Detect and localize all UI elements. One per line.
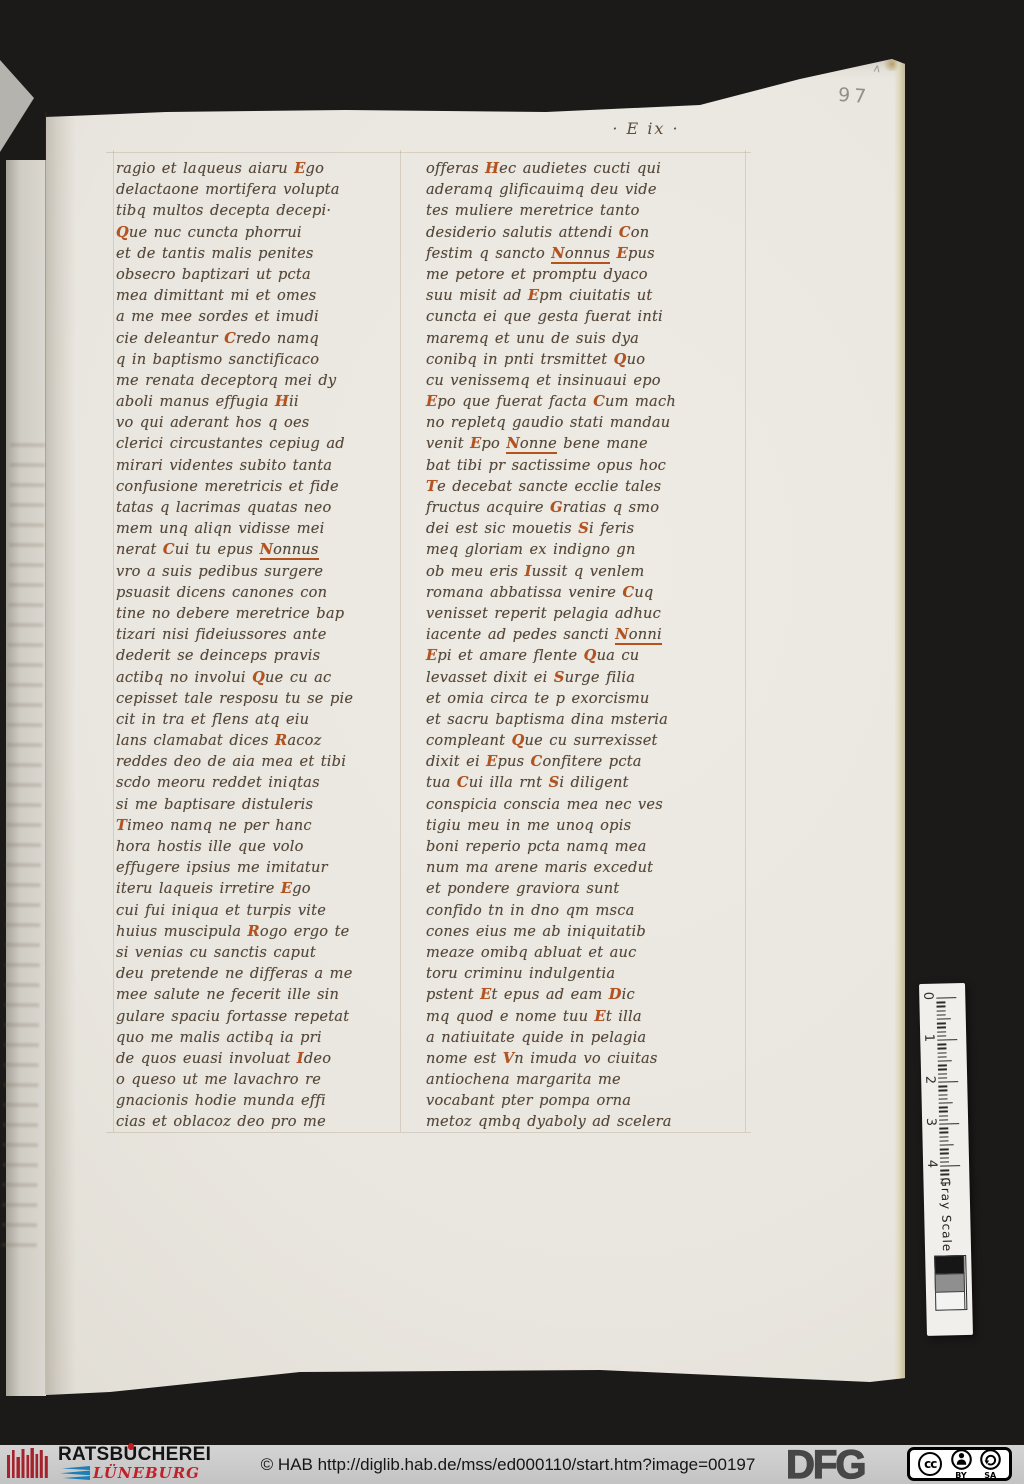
manuscript-text-line: si me baptisare distuleris [116, 794, 408, 815]
manuscript-text-line: nome est Vn imuda vo ciuitas [426, 1048, 718, 1069]
manuscript-text-line: nerat Cui tu epus Nonnus [116, 539, 408, 560]
ruler-tick [938, 1052, 947, 1054]
ruler-tick [940, 1161, 949, 1163]
ruler-numbers: 01234 [919, 983, 965, 984]
manuscript-text-line: iacente ad pedes sancti Nonni [426, 624, 718, 645]
manuscript-text-line: desiderio salutis attendi Con [426, 222, 718, 243]
ruling-line-top [106, 152, 751, 153]
manuscript-text-line: confusione meretricis et fide [116, 476, 408, 497]
quire-signature: · E ix · [516, 119, 776, 138]
manuscript-page: · E ix · 97 ʌ ragio et laqueus aiaru Ego… [46, 55, 905, 1395]
ruler-tick [939, 1132, 948, 1134]
manuscript-text-line: si venias cu sanctis caput [116, 942, 408, 963]
ruler-tick [938, 1077, 947, 1079]
ruler-tick [937, 1048, 946, 1050]
ruler-tick [940, 1165, 960, 1167]
ruler-tick [938, 1065, 947, 1067]
manuscript-text-line: mem unq aliqn vidisse mei [116, 518, 408, 539]
ruler-tick [939, 1119, 948, 1121]
manuscript-text-line: ob meu eris Iussit q venlem [426, 561, 718, 582]
manuscript-text-line: cias et oblacoz deo pro me [116, 1111, 408, 1132]
manuscript-text-line: venisset reperit pelagia adhuc [426, 603, 718, 624]
manuscript-text-line: et omia circa te p exorcismu [426, 688, 718, 709]
book-clamp-reflection [0, 56, 36, 156]
manuscript-text-line: boni reperio pcta namq mea [426, 836, 718, 857]
ruling-line-left [113, 150, 114, 1132]
manuscript-text-line: cuncta ei que gesta fuerat inti [426, 306, 718, 327]
ruler-tick [940, 1157, 949, 1159]
folio-number-pencil: 97 [837, 84, 871, 108]
ruler-tick [940, 1140, 949, 1142]
manuscript-text-line: a natiuitate quide in pelagia [426, 1027, 718, 1048]
manuscript-text-line: et pondere graviora sunt [426, 878, 718, 899]
manuscript-text-line: dei est sic mouetis Si feris [426, 518, 718, 539]
manuscript-text-line: clerici circustantes cepiug ad [116, 433, 408, 454]
manuscript-text-line: Timeo namq ne per hanc [116, 815, 408, 836]
manuscript-text-line: tibq multos decepta decepi· [116, 200, 408, 221]
gray-scale-patch [935, 1273, 965, 1293]
manuscript-text-line: ragio et laqueus aiaru Ego [116, 158, 408, 179]
manuscript-text-line: gnacionis hodie munda effi [116, 1090, 408, 1111]
manuscript-text-line: offeras Hec audietes cucti qui [426, 158, 718, 179]
manuscript-text-line: Epo que fuerat facta Cum mach [426, 391, 718, 412]
ruler-tick [937, 1010, 946, 1012]
ruler-number: 2 [923, 1076, 937, 1085]
manuscript-text-line: et sacru baptisma dina msteria [426, 709, 718, 730]
ruler-tick [938, 1090, 947, 1092]
ruler-tick [938, 1081, 958, 1083]
manuscript-text-line: meq gloriam ex indigno gn [426, 539, 718, 560]
manuscript-text-line: gulare spaciu fortasse repetat [116, 1006, 408, 1027]
manuscript-text-line: cepisset tale resposu tu se pie [116, 688, 408, 709]
ruler-tick [937, 1018, 951, 1020]
manuscript-text-line: tigiu meu in me unoq opis [426, 815, 718, 836]
by-label: BY [955, 1471, 966, 1480]
manuscript-text-line: tua Cui illa rnt Si diligent [426, 772, 718, 793]
manuscript-text-line: et de tantis malis penites [116, 243, 408, 264]
manuscript-text-line: bat tibi pr sactissime opus hoc [426, 455, 718, 476]
manuscript-text-line: compleant Que cu surrexisset [426, 730, 718, 751]
library-name: RATSBÜCHEREI [58, 1446, 211, 1464]
manuscript-text-line: hora hostis ille que volo [116, 836, 408, 857]
manuscript-text-line: conspicia conscia mea nec ves [426, 794, 718, 815]
manuscript-text-line: me renata deceptorq mei dy [116, 370, 408, 391]
manuscript-text-line: tine no debere meretrice bap [116, 603, 408, 624]
dfg-logo: DFG [786, 1443, 864, 1484]
ruler-tick [939, 1098, 948, 1100]
manuscript-text-line: obsecro baptizari ut pcta [116, 264, 408, 285]
ruler-tick [940, 1144, 954, 1146]
manuscript-text-line: tes muliere meretrice tanto [426, 200, 718, 221]
manuscript-text-line: delactaone mortifera volupta [116, 179, 408, 200]
cc-by-person-icon [951, 1449, 972, 1470]
gray-scale-label: Gray Scale [938, 1177, 954, 1252]
ruler-tick [937, 1023, 946, 1025]
manuscript-text-line: lans clamabat dices Racoz [116, 730, 408, 751]
manuscript-text-line: levasset dixit ei Surge filia [426, 667, 718, 688]
facing-page-bleed-through-text [2, 430, 46, 1260]
manuscript-text-line: tatas q lacrimas quatas neo [116, 497, 408, 518]
manuscript-text-line: maremq et unu de suis dya [426, 328, 718, 349]
manuscript-text-line: conibq in pnti trsmittet Quo [426, 349, 718, 370]
ruler-tick [939, 1107, 948, 1109]
library-logo-text: RATSBÜCHEREI LÜNEBURG [58, 1446, 211, 1482]
ruler-tick [936, 997, 956, 999]
gray-scale-patches [934, 1255, 967, 1311]
manuscript-text-line: vro a suis pedibus surgere [116, 561, 408, 582]
manuscript-text-line: venit Epo Nonne bene mane [426, 433, 718, 454]
gray-scale-ruler: 01234 Gray Scale [919, 983, 973, 1336]
manuscript-text-line: Te decebat sancte ecclie tales [426, 476, 718, 497]
manuscript-text-line: vo qui aderant hos q oes [116, 412, 408, 433]
manuscript-text-line: cie deleantur Credo namq [116, 328, 408, 349]
ruler-tick [938, 1073, 947, 1075]
manuscript-text-line: dixit ei Epus Confitere pcta [426, 751, 718, 772]
ruler-tick [940, 1149, 949, 1151]
ruler-tick [937, 1044, 946, 1046]
ruler-number: 4 [925, 1160, 939, 1169]
manuscript-text-line: mee salute ne fecerit ille sin [116, 984, 408, 1005]
cc-letters: cc [924, 1457, 936, 1471]
ruler-ticks [919, 983, 965, 984]
manuscript-text-line: mirari videntes subito tanta [116, 455, 408, 476]
manuscript-text-line: mea dimittant mi et omes [116, 285, 408, 306]
manuscript-text-line: festim q sancto Nonnus Epus [426, 243, 718, 264]
manuscript-text-line: antiochena margarita me [426, 1069, 718, 1090]
ruler-tick [939, 1102, 953, 1104]
manuscript-text-line: deu pretende ne differas a me [116, 963, 408, 984]
ruler-tick [940, 1153, 949, 1155]
manuscript-scan-viewport: · E ix · 97 ʌ ragio et laqueus aiaru Ego… [0, 0, 1024, 1484]
manuscript-text-line: toru criminu indulgentia [426, 963, 718, 984]
ruler-number: 0 [921, 992, 935, 1001]
manuscript-text-line: Que nuc cuncta phorrui [116, 222, 408, 243]
cc-sa-arrow-icon [980, 1449, 1001, 1470]
manuscript-text-line: effugere ipsius me imitatur [116, 857, 408, 878]
ruler-tick [938, 1060, 952, 1062]
facing-page-edge [6, 160, 46, 1396]
manuscript-text-line: cit in tra et flens atq eiu [116, 709, 408, 730]
parchment-stain [882, 57, 902, 71]
manuscript-text-line: a me mee sordes et imudi [116, 306, 408, 327]
manuscript-text-line: psuasit dicens canones con [116, 582, 408, 603]
ruler-tick [937, 1039, 957, 1041]
ruler-tick [937, 1035, 946, 1037]
manuscript-text-line: fructus acquire Gratias q smo [426, 497, 718, 518]
manuscript-text-line: dederit se deinceps pravis [116, 645, 408, 666]
ruler-tick [937, 1006, 946, 1008]
manuscript-text-line: de quos euasi involuat Ideo [116, 1048, 408, 1069]
manuscript-text-line: quo me malis actibq ia pri [116, 1027, 408, 1048]
manuscript-text-line: confido tn in dno qm msca [426, 900, 718, 921]
footer-bar: RATSBÜCHEREI LÜNEBURG © HAB http://digli… [0, 1445, 1024, 1484]
manuscript-text-line: actibq no involui Que cu ac [116, 667, 408, 688]
ruler-tick [939, 1136, 948, 1138]
ruler-tick [937, 1027, 946, 1029]
manuscript-text-line: mq quod e nome tuu Et illa [426, 1006, 718, 1027]
manuscript-text-line: scdo meoru reddet iniqtas [116, 772, 408, 793]
manuscript-text-line: suu misit ad Epm ciuitatis ut [426, 285, 718, 306]
library-bars-icon [6, 1448, 52, 1481]
manuscript-text-line: cones eius me ab iniquitatib [426, 921, 718, 942]
manuscript-text-line: vocabant pter pompa orna [426, 1090, 718, 1111]
ruler-tick [939, 1111, 948, 1113]
manuscript-text-line: q in baptismo sanctificaco [116, 349, 408, 370]
manuscript-text-line: meaze omibq abluat et auc [426, 942, 718, 963]
ruler-number: 1 [922, 1034, 936, 1043]
manuscript-text-line: huius muscipula Rogo ergo te [116, 921, 408, 942]
cc-circle-icon: cc [918, 1452, 942, 1476]
manuscript-text-line: Epi et amare flente Qua cu [426, 645, 718, 666]
manuscript-text-line: num ma arene maris excedut [426, 857, 718, 878]
sa-label: SA [984, 1471, 996, 1480]
gray-scale-patch [934, 1255, 964, 1275]
manuscript-text-line: o queso ut me lavachro re [116, 1069, 408, 1090]
ruler-tick [939, 1123, 959, 1125]
ruler-tick [938, 1086, 947, 1088]
library-city: LÜNEBURG [93, 1464, 200, 1482]
manuscript-text-line: iteru laqueis irretire Ego [116, 878, 408, 899]
manuscript-text-line: no repletq gaudio stati mandau [426, 412, 718, 433]
ruler-tick [939, 1115, 948, 1117]
copyright-text: © HAB http://diglib.hab.de/mss/ed000110/… [238, 1455, 778, 1475]
ruler-tick [936, 1002, 945, 1004]
manuscript-text-line: pstent Et epus ad eam Dic [426, 984, 718, 1005]
cc-license-badge: cc BY SA [907, 1447, 1012, 1481]
manuscript-text-line: cu venissemq et insinuaui epo [426, 370, 718, 391]
pencil-corner-mark: ʌ [873, 61, 881, 76]
manuscript-text-line: aderamq glificauimq deu vide [426, 179, 718, 200]
wave-icon [60, 1466, 90, 1481]
manuscript-text-line: tizari nisi fideiussores ante [116, 624, 408, 645]
ruler-tick [939, 1094, 948, 1096]
manuscript-text-line: metoz qmbq dyaboly ad scelera [426, 1111, 718, 1132]
ruler-tick [939, 1128, 948, 1130]
ruler-tick [938, 1056, 947, 1058]
ruler-tick [937, 1014, 946, 1016]
ruler-tick [937, 1031, 946, 1033]
manuscript-text-line: romana abbatissa venire Cuq [426, 582, 718, 603]
text-column-right: offeras Hec audietes cucti quiaderamq gl… [426, 158, 718, 1133]
ruling-line-right [745, 150, 746, 1132]
manuscript-text-line: aboli manus effugia Hii [116, 391, 408, 412]
gray-scale-patch [935, 1291, 965, 1311]
manuscript-text-line: cui fui iniqua et turpis vite [116, 900, 408, 921]
ruler-tick [940, 1174, 949, 1176]
ruler-tick [940, 1170, 949, 1172]
manuscript-text-line: reddes deo de aia mea et tibi [116, 751, 408, 772]
ruler-number: 3 [924, 1118, 938, 1127]
ruler-tick [938, 1069, 947, 1071]
manuscript-text-line: me petore et promptu dyaco [426, 264, 718, 285]
text-column-left: ragio et laqueus aiaru Egodelactaone mor… [116, 158, 408, 1133]
